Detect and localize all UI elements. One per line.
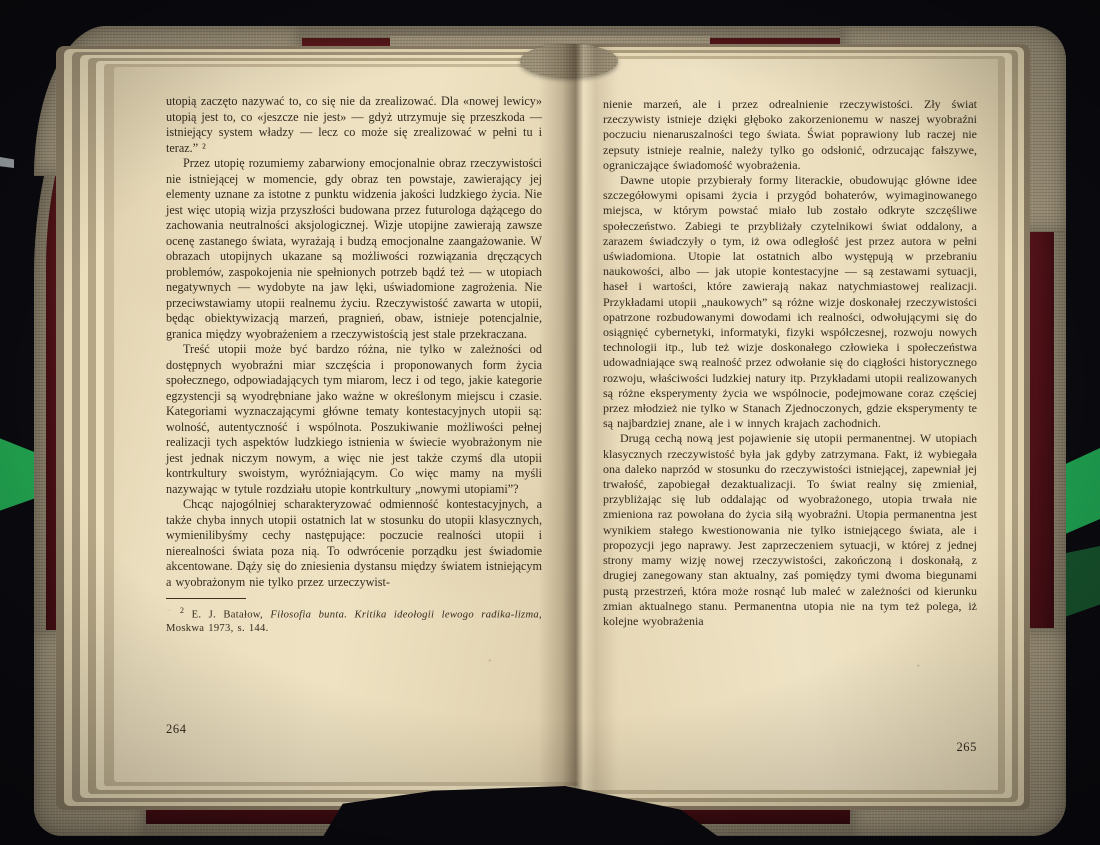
spine-cloth-bump — [520, 44, 618, 78]
background-gray-dash — [0, 157, 14, 168]
page-right-text: nienie marzeń, ale i przez odrealnienie … — [603, 97, 977, 629]
footnote: 2 E. J. Batałow, Fiłosofia bunta. Kritik… — [166, 604, 542, 636]
background-green-band-left — [0, 430, 38, 514]
footnote-publication: Moskwa 1973, s. 144. — [166, 623, 269, 634]
paragraph: Przez utopię rozumiemy zabarwiony emocjo… — [166, 156, 542, 342]
page-number-left: 264 — [166, 722, 187, 737]
paragraph: utopią zaczęto nazywać to, co się nie da… — [166, 94, 542, 156]
paragraph: Dawne utopie przybierały formy literacki… — [603, 173, 977, 431]
footnote-title: Fiłosofia bunta. Kritika ideołogii lewog… — [270, 610, 542, 621]
book-photograph: utopią zaczęto nazywać to, co się nie da… — [0, 0, 1100, 845]
paragraph: Drugą cechą nową jest pojawienie się uto… — [603, 431, 977, 629]
footnote-author: E. J. Batałow, — [184, 610, 270, 621]
paragraph: Chcąc najogólniej scharakteryzować odmie… — [166, 497, 542, 590]
paragraph: nienie marzeń, ale i przez odrealnienie … — [603, 97, 977, 173]
page-number-right: 265 — [603, 740, 977, 755]
page-left-text: utopią zaczęto nazywać to, co się nie da… — [166, 94, 542, 636]
footnote-rule — [166, 598, 246, 599]
paragraph: Treść utopii może być bardzo różna, nie … — [166, 342, 542, 497]
